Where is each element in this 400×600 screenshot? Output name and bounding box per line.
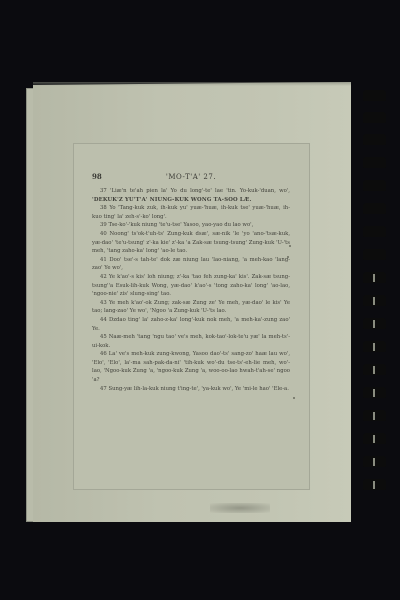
binding-coil bbox=[363, 134, 386, 145]
verse-40: 40 Noong' ts'ok-t'uh-ts' Zung-kuk dsæ', … bbox=[92, 230, 290, 256]
binding-coil bbox=[363, 226, 386, 237]
binding-coil bbox=[363, 341, 386, 352]
verse-47: 47 Sung-yæ lih-la-kuk niung t'ing-te', '… bbox=[92, 385, 290, 394]
printed-plate: 98 'MO-T'A' 27. 37 'Liæ'n te'ah pien la'… bbox=[73, 143, 310, 490]
binding-coil bbox=[363, 479, 386, 490]
binding-coil bbox=[363, 387, 386, 398]
paper-speck bbox=[293, 397, 295, 399]
binding-coil bbox=[363, 433, 386, 444]
binding-coil bbox=[363, 180, 386, 191]
text-block: 98 'MO-T'A' 27. 37 'Liæ'n te'ah pien la'… bbox=[92, 172, 290, 393]
verse-44: 44 Dzdao ting' la' zaho-z-ka' long'-kuk … bbox=[92, 316, 290, 333]
verse-45: 45 Naæ-meh 'tang 'ngu tao' ve's meh, kok… bbox=[92, 333, 290, 350]
verse-39: 39 Tse-ko'-'kuk niung 'te'u-tse' Yasoo, … bbox=[92, 221, 290, 230]
binding-coil bbox=[363, 318, 386, 329]
binding-coil bbox=[363, 272, 386, 283]
binding-coil bbox=[363, 410, 386, 421]
binding-coil bbox=[363, 112, 386, 123]
binding-coil bbox=[363, 157, 386, 168]
binding-coil bbox=[363, 90, 386, 101]
running-head: 'MO-T'A' 27. bbox=[112, 173, 290, 181]
spiral-binding bbox=[363, 90, 393, 510]
verse-46: 46 La' ve's meh-kuk zung-kwong, Yasoo da… bbox=[92, 350, 290, 384]
verse-42: 42 Ye k'ao'-s kis' loh niung; z'-ka 'tao… bbox=[92, 273, 290, 299]
binding-coil bbox=[363, 203, 386, 214]
binding-coil bbox=[363, 456, 386, 467]
verse-37: 37 'Liæ'n te'ah pien la' Yo du long'-te'… bbox=[92, 187, 290, 204]
verse-43: 43 Ye meh k'ao'-ok Zung; zak-sæ Zung ze'… bbox=[92, 299, 290, 316]
paper-speck bbox=[287, 256, 289, 258]
photo-stage: 98 'MO-T'A' 27. 37 'Liæ'n te'ah pien la'… bbox=[0, 0, 400, 600]
page-header: 98 'MO-T'A' 27. bbox=[92, 172, 290, 181]
page-number: 98 bbox=[92, 172, 112, 181]
paper-speck bbox=[289, 245, 291, 247]
binding-coil bbox=[363, 249, 386, 260]
binding-coil bbox=[363, 364, 386, 375]
binding-coil bbox=[363, 295, 386, 306]
page-top-shadow bbox=[33, 82, 351, 86]
verse-41: 41 Doo' tse'-s tah-te' dok zæ niung lau … bbox=[92, 256, 290, 273]
verse-38: 38 Yo 'Tang-kuk zuk, ih-kuk yu' yuæ-'huæ… bbox=[92, 204, 290, 221]
ink-smudge bbox=[210, 503, 270, 513]
